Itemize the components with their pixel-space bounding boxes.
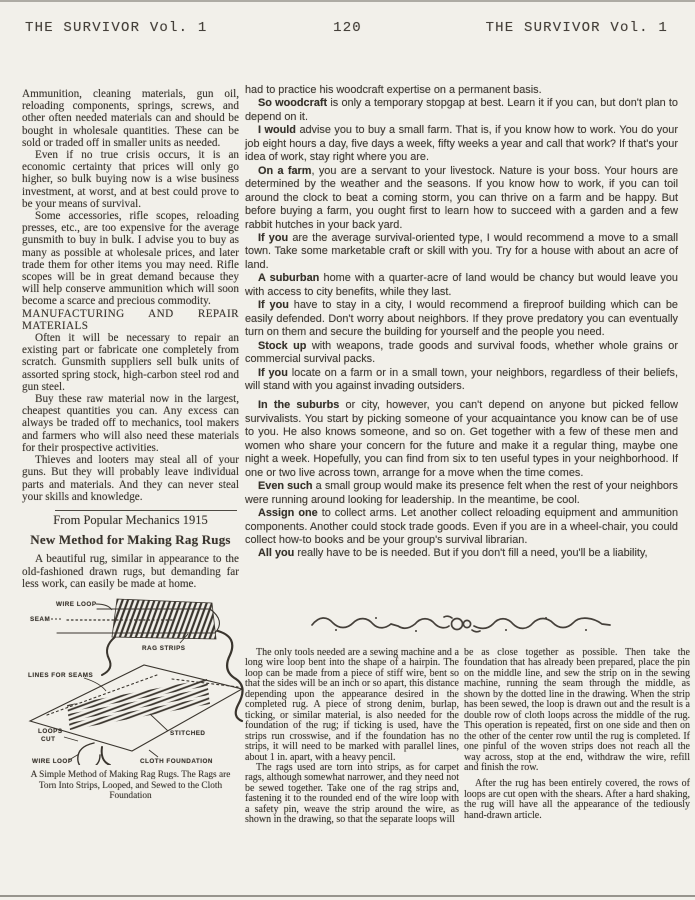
svg-text:WIRE LOOP: WIRE LOOP: [56, 601, 97, 608]
right-column: had to practice his woodcraft expertise …: [245, 84, 678, 561]
figure-label-seam: SEAM: [30, 616, 62, 623]
article-source-line: From Popular Mechanics 1915: [22, 514, 239, 526]
paragraph: Thieves and looters may steal all of you…: [22, 454, 239, 503]
paragraph-lead: Stock up: [258, 340, 306, 352]
paragraph: If you locate on a farm or in a small to…: [245, 367, 678, 394]
paragraph: If you have to stay in a city, I would r…: [245, 299, 678, 339]
paragraph-lead: If you: [258, 367, 288, 379]
paragraph-lead: If you: [258, 232, 288, 244]
paragraph-lead: Even such: [258, 480, 313, 492]
svg-text:RAG STRIPS: RAG STRIPS: [142, 645, 186, 652]
figure-label-cloth-foundation: CLOTH FOUNDATION: [140, 750, 213, 765]
article-title: New Method for Making Rag Rugs: [22, 534, 239, 546]
paragraph: Ammunition, cleaning materials, gun oil,…: [22, 88, 239, 149]
svg-text:SEAM: SEAM: [30, 616, 50, 623]
paragraph: A suburban home with a quarter-acre of l…: [245, 272, 678, 299]
paragraph: had to practice his woodcraft expertise …: [245, 84, 678, 97]
paragraph: After the rug has been entirely covered,…: [464, 779, 690, 821]
scan-edge-bottom: [0, 895, 695, 897]
figure-label-wire-loop-bottom: WIRE LOOP: [32, 754, 79, 765]
paragraph: So woodcraft is only a temporary stopgap…: [245, 97, 678, 124]
svg-text:LOOPS: LOOPS: [38, 728, 63, 735]
ornament-divider: [306, 613, 616, 635]
paragraph: Assign one to collect arms. Let another …: [245, 507, 678, 547]
paragraph-lead: A suburban: [258, 272, 319, 284]
paragraph: If you are the average survival-oriented…: [245, 232, 678, 272]
paragraph-lead: All you: [258, 547, 294, 559]
paragraph: Some accessories, rifle scopes, reloadin…: [22, 210, 239, 308]
svg-text:CLOTH FOUNDATION: CLOTH FOUNDATION: [140, 758, 213, 765]
bottom-left-column: The only tools needed are a sewing machi…: [245, 648, 459, 826]
paragraph-lead: So woodcraft: [258, 97, 327, 109]
paragraph-lead: If you: [258, 299, 289, 311]
paragraph: The rags used are torn into strips, as f…: [245, 763, 459, 826]
figure-label-loops-cut: LOOPS CUT: [38, 728, 78, 743]
paragraph: Often it will be necessary to repair an …: [22, 332, 239, 393]
svg-text:WIRE LOOP: WIRE LOOP: [32, 758, 73, 765]
article-intro: A beautiful rug, similar in appearance t…: [22, 553, 239, 590]
paragraph: The only tools needed are a sewing machi…: [245, 648, 459, 763]
section-heading: MANUFACTURING AND REPAIR MATERIALS: [22, 308, 239, 332]
rag-strips-band: [112, 599, 216, 639]
figure-caption: A Simple Method of Making Rag Rugs. The …: [22, 770, 239, 802]
paragraph: Even such a small group would make its p…: [245, 480, 678, 507]
paragraph-lead: On a farm: [258, 165, 311, 177]
article-end-rule: [55, 510, 237, 511]
scan-edge-top: [0, 0, 695, 2]
svg-text:LINES FOR SEAMS: LINES FOR SEAMS: [28, 672, 93, 679]
paragraph: be as close together as possible. Then t…: [464, 648, 690, 773]
paragraph-lead: I would: [258, 124, 296, 136]
svg-text:STITCHED: STITCHED: [170, 730, 206, 737]
paragraph: I would advise you to buy a small farm. …: [245, 124, 678, 164]
left-column: Ammunition, cleaning materials, gun oil,…: [22, 88, 239, 802]
paragraph-lead: In the suburbs: [258, 399, 339, 411]
paragraph: All you really have to be is needed. But…: [245, 547, 678, 560]
running-header-right: THE SURVIVOR Vol. 1: [486, 20, 668, 36]
bottom-right-column: be as close together as possible. Then t…: [464, 648, 690, 821]
svg-text:CUT: CUT: [41, 736, 55, 743]
rag-rug-figure: WIRE LOOP SEAM RAG STRIPS: [22, 593, 247, 765]
paragraph: In the suburbs or city, however, you can…: [245, 399, 678, 480]
paragraph-lead: Assign one: [258, 507, 318, 519]
paragraph: Even if no true crisis occurs, it is an …: [22, 149, 239, 210]
figure-label-lines-for-seams: LINES FOR SEAMS: [28, 672, 106, 691]
paragraph: Buy these raw material now in the larges…: [22, 393, 239, 454]
paragraph: Stock up with weapons, trade goods and s…: [245, 340, 678, 367]
scanned-book-page: THE SURVIVOR Vol. 1 120 THE SURVIVOR Vol…: [0, 0, 695, 900]
paragraph: On a farm, you are a servant to your liv…: [245, 165, 678, 232]
